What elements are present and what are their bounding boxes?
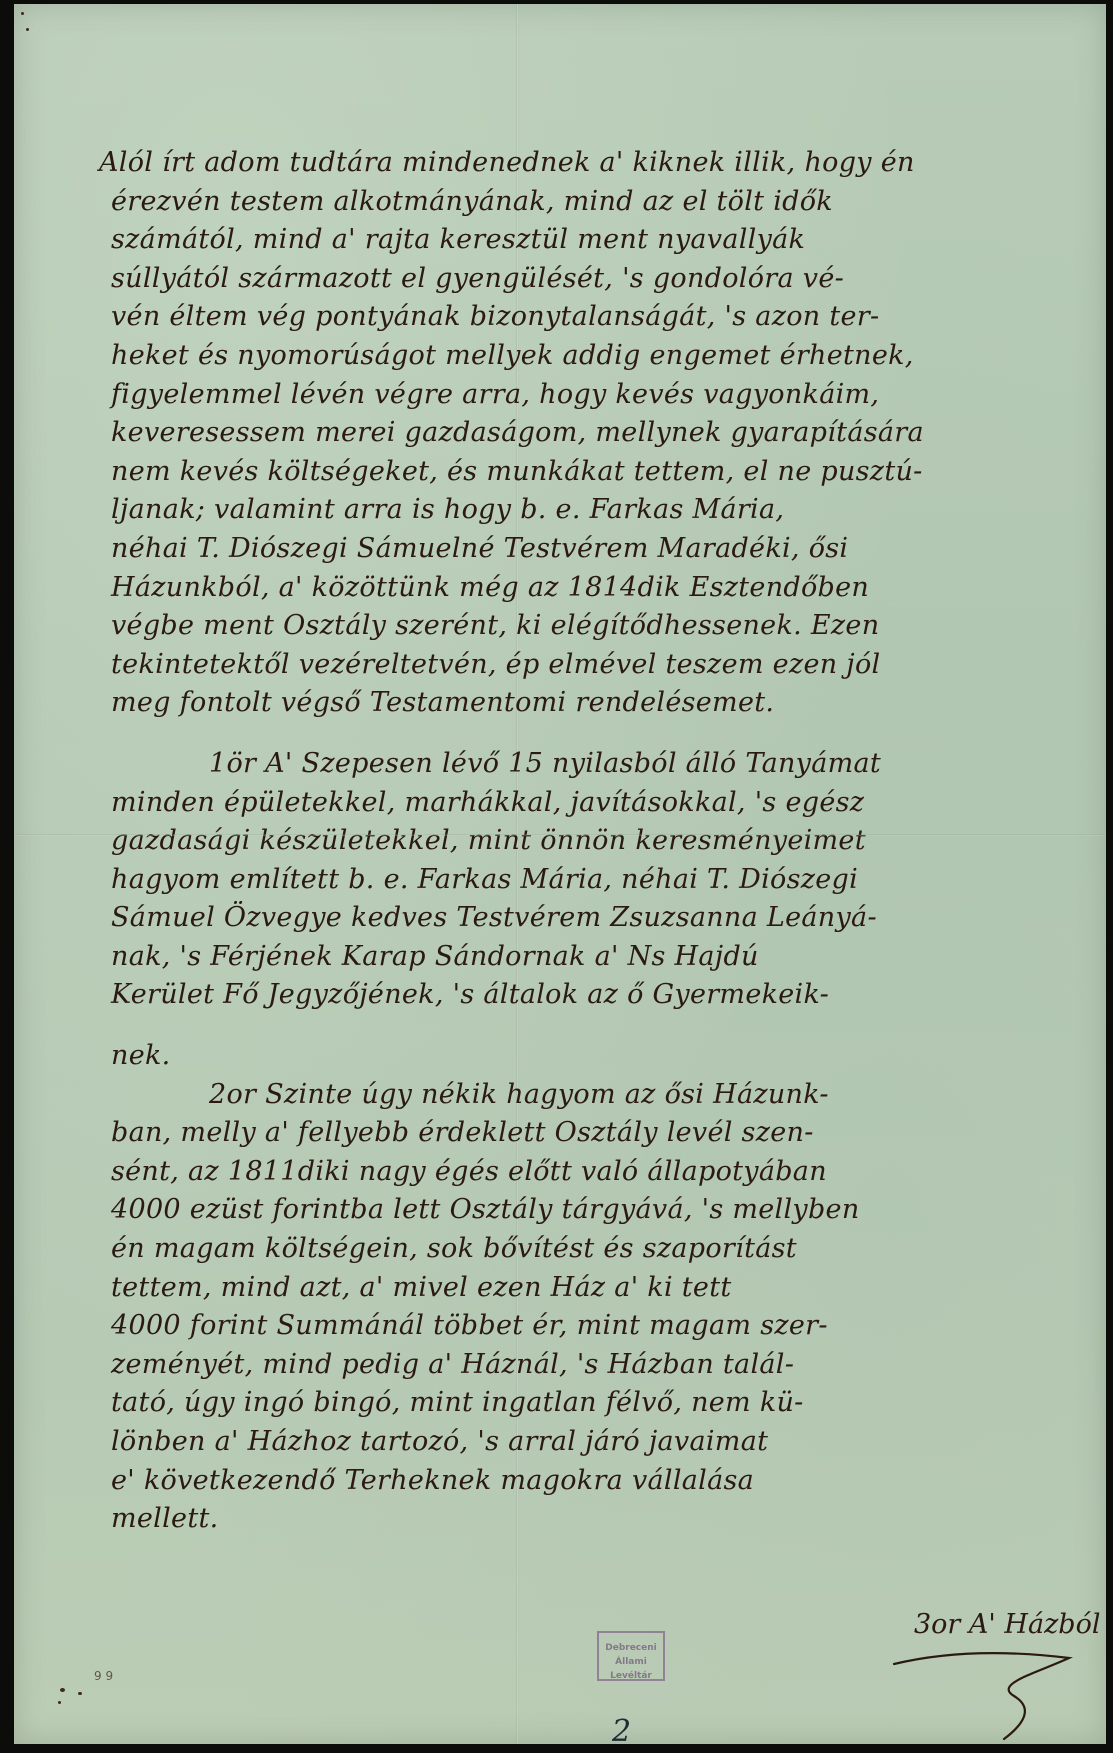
manuscript-line: minden épületekkel, marhákkal, javítások… bbox=[99, 784, 1109, 823]
manuscript-line: figyelemmel lévén végre arra, hogy kevés… bbox=[99, 376, 1109, 415]
paragraph-2-heading-line: 2or Szinte úgy nékik hagyom az ősi Házun… bbox=[99, 1076, 1109, 1115]
manuscript-body: Alól írt adom tudtára mindenednek a' kik… bbox=[99, 144, 1109, 1539]
ink-spot bbox=[60, 1688, 65, 1692]
manuscript-line: nek. bbox=[99, 1037, 1109, 1076]
manuscript-page: Alól írt adom tudtára mindenednek a' kik… bbox=[14, 4, 1106, 1744]
manuscript-line: 4000 ezüst forintba lett Osztály tárgyáv… bbox=[99, 1191, 1109, 1230]
manuscript-line: hagyom említett b. e. Farkas Mária, néha… bbox=[99, 861, 1109, 900]
scan-border bbox=[1106, 0, 1113, 1753]
margin-mark: 9 9 bbox=[94, 1669, 113, 1683]
flourish-mark-icon bbox=[884, 1644, 1084, 1744]
manuscript-line: néhai T. Diószegi Sámuelné Testvérem Mar… bbox=[99, 530, 1109, 569]
ink-spot bbox=[21, 12, 24, 15]
stamp-line-1: Debreceni bbox=[599, 1641, 663, 1655]
ink-spot bbox=[78, 1692, 82, 1695]
manuscript-line: Házunkból, a' közöttünk még az 1814dik E… bbox=[99, 569, 1109, 608]
manuscript-line: ljanak; valamint arra is hogy b. e. Fark… bbox=[99, 491, 1109, 530]
manuscript-line: nak, 's Férjének Karap Sándornak a' Ns H… bbox=[99, 938, 1109, 977]
manuscript-line: számától, mind a' rajta keresztül ment n… bbox=[99, 221, 1109, 260]
paragraph-1-heading-line: 1ör A' Szepesen lévő 15 nyilasból álló T… bbox=[99, 745, 1109, 784]
manuscript-line: ban, melly a' fellyebb érdeklett Osztály… bbox=[99, 1114, 1109, 1153]
manuscript-line: tató, úgy ingó bingó, mint ingatlan félv… bbox=[99, 1384, 1109, 1423]
manuscript-line: Sámuel Özvegye kedves Testvérem Zsuzsann… bbox=[99, 899, 1109, 938]
ink-spot bbox=[26, 28, 29, 31]
manuscript-line: lönben a' Házhoz tartozó, 's arral járó … bbox=[99, 1423, 1109, 1462]
manuscript-line: érezvén testem alkotmányának, mind az el… bbox=[99, 183, 1109, 222]
manuscript-line: keveresessem merei gazdaságom, mellynek … bbox=[99, 414, 1109, 453]
catchword-next-section: 3or A' Házból bbox=[914, 1609, 1100, 1640]
archive-stamp: Debreceni Állami Levéltár bbox=[597, 1631, 665, 1681]
manuscript-line: e' következendő Terheknek magokra vállal… bbox=[99, 1462, 1109, 1501]
manuscript-line: végbe ment Osztály szerént, ki elégítődh… bbox=[99, 607, 1109, 646]
manuscript-line: súllyától származott el gyengülését, 's … bbox=[99, 260, 1109, 299]
manuscript-line: tekintetektől vezéreltetvén, ép elmével … bbox=[99, 646, 1109, 685]
manuscript-line: én magam költségein, sok bővítést és sza… bbox=[99, 1230, 1109, 1269]
manuscript-line: meg fontolt végső Testamentomi rendelése… bbox=[99, 684, 1109, 723]
manuscript-line: zeményét, mind pedig a' Háznál, 's Házba… bbox=[99, 1346, 1109, 1385]
ink-spot bbox=[58, 1701, 61, 1704]
manuscript-line: gazdasági készületekkel, mint önnön kere… bbox=[99, 822, 1109, 861]
manuscript-line: Kerület Fő Jegyzőjének, 's általok az ő … bbox=[99, 976, 1109, 1015]
manuscript-line: sént, az 1811diki nagy égés előtt való á… bbox=[99, 1153, 1109, 1192]
stamp-line-2: Állami Levéltár bbox=[599, 1655, 663, 1683]
manuscript-line: heket és nyomorúságot mellyek addig enge… bbox=[99, 337, 1109, 376]
page-number: 2 bbox=[612, 1714, 631, 1749]
manuscript-line: Alól írt adom tudtára mindenednek a' kik… bbox=[99, 144, 1109, 183]
manuscript-line: mellett. bbox=[99, 1500, 1109, 1539]
manuscript-line: 4000 forint Summánál többet ér, mint mag… bbox=[99, 1307, 1109, 1346]
manuscript-line: nem kevés költségeket, és munkákat tette… bbox=[99, 453, 1109, 492]
manuscript-line: tettem, mind azt, a' mivel ezen Ház a' k… bbox=[99, 1269, 1109, 1308]
manuscript-line: vén éltem vég pontyának bizonytalanságát… bbox=[99, 298, 1109, 337]
